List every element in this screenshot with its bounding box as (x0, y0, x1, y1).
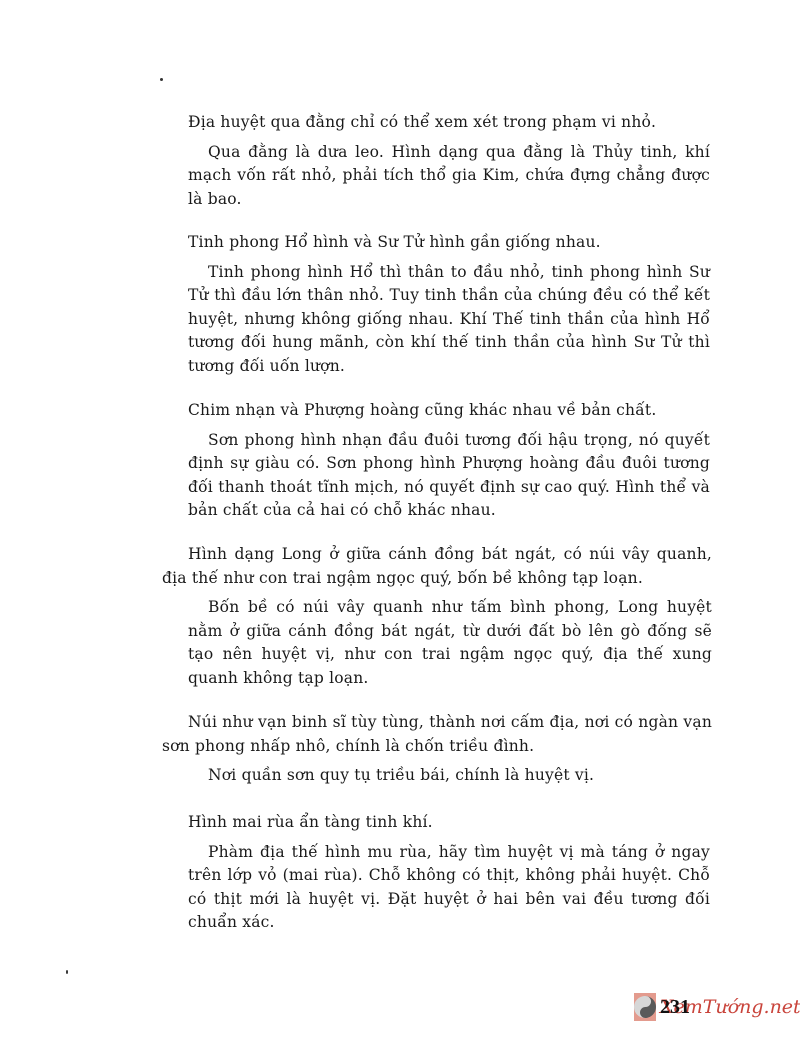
scan-speck (160, 78, 163, 81)
scan-speck (66, 970, 68, 974)
section-heading: Địa huyệt qua đằng chỉ có thể xem xét tr… (188, 111, 710, 135)
section-heading: Hình mai rùa ẩn tàng tinh khí. (188, 811, 710, 835)
section-3: Chim nhạn và Phượng hoàng cũng khác nhau… (188, 399, 710, 523)
section-heading: Tinh phong Hổ hình và Sư Tử hình gần giố… (188, 231, 710, 255)
book-page: Địa huyệt qua đằng chỉ có thể xem xét tr… (0, 0, 800, 1042)
section-2: Tinh phong Hổ hình và Sư Tử hình gần giố… (188, 231, 710, 378)
section-paragraph: Bốn bề có núi vây quanh như tấm bình pho… (162, 596, 712, 690)
section-paragraph: Sơn phong hình nhạn đầu đuôi tương đối h… (188, 429, 710, 523)
section-6: Hình mai rùa ẩn tàng tinh khí. Phàm địa … (188, 811, 710, 935)
section-heading: Núi như vạn binh sĩ tùy tùng, thành nơi … (162, 711, 712, 758)
section-4: Hình dạng Long ở giữa cánh đồng bát ngát… (162, 543, 712, 690)
yin-yang-icon (634, 993, 656, 1021)
section-heading: Chim nhạn và Phượng hoàng cũng khác nhau… (188, 399, 710, 423)
section-1: Địa huyệt qua đằng chỉ có thể xem xét tr… (188, 111, 710, 211)
section-paragraph: Phàm địa thế hình mu rùa, hãy tìm huyệt … (188, 841, 710, 935)
section-paragraph: Qua đằng là dưa leo. Hình dạng qua đằng … (188, 141, 710, 212)
section-5: Núi như vạn binh sĩ tùy tùng, thành nơi … (162, 711, 712, 788)
section-heading: Hình dạng Long ở giữa cánh đồng bát ngát… (162, 543, 712, 590)
watermark-logo: XemTướng.net (634, 990, 794, 1024)
section-paragraph: Nơi quần sơn quy tụ triều bái, chính là … (162, 764, 712, 788)
page-number: 231 (660, 996, 690, 1019)
section-paragraph: Tinh phong hình Hổ thì thân to đầu nhỏ, … (188, 261, 710, 379)
